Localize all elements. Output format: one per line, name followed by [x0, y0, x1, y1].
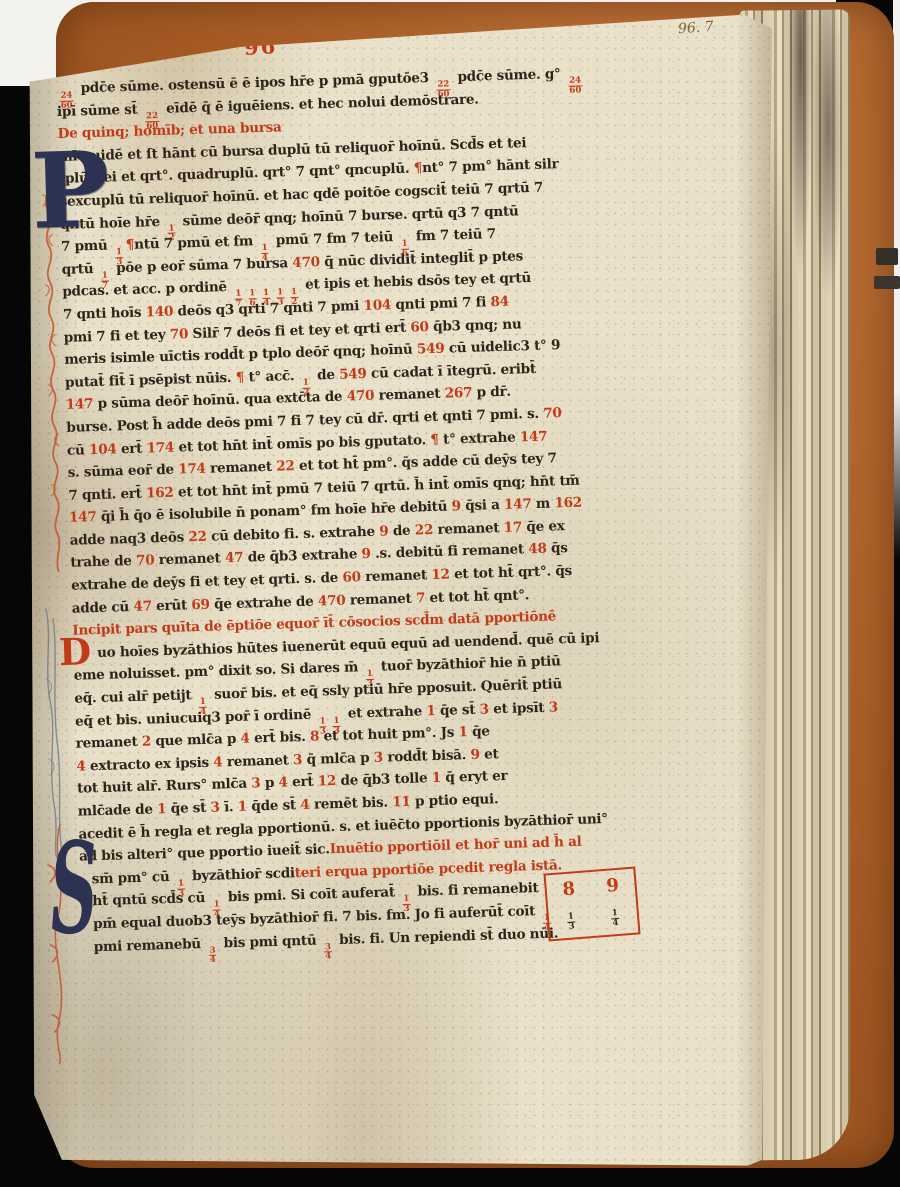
- text-segment: de: [388, 522, 415, 539]
- diagram-number: 9: [606, 877, 620, 896]
- text-segment: nt° 7 pm° hānt silr: [422, 157, 559, 177]
- text-segment: 9: [379, 523, 389, 539]
- fraction: 34: [324, 943, 332, 962]
- book-clasp: [874, 276, 900, 289]
- text-segment: 104: [363, 297, 391, 314]
- text-segment: 9: [451, 498, 461, 514]
- book-clasp: [876, 248, 898, 265]
- text-segment: sm̄ pm° cū: [92, 869, 175, 887]
- text-segment: remanet: [76, 734, 143, 752]
- text-segment: deōs q3 qrti 7 qnti 7 pmi: [173, 298, 364, 320]
- text-segment: 147: [65, 396, 93, 413]
- text-segment: extracto ex ipsis: [85, 754, 213, 774]
- text-segment: 3: [548, 699, 558, 715]
- text-segment: 147: [69, 509, 97, 526]
- text-segment: t° acc̄.: [244, 368, 299, 386]
- text-segment: cū debito fi. s. extrahe: [206, 523, 379, 544]
- text-segment: cū uidelic3 t° 9: [444, 337, 560, 356]
- text-segment: t° extrahe: [438, 429, 520, 447]
- text-segment: pdcas. et acc. p ordinē: [62, 279, 231, 300]
- text-segment: 60: [410, 319, 429, 336]
- text-segment: 3: [210, 799, 220, 815]
- text-segment: 470: [292, 254, 320, 271]
- text-segment: 7 qnti hoīs: [63, 304, 146, 322]
- text-segment: q̄ eryt er: [441, 768, 508, 786]
- text-segment: fm 7 teiū 7: [411, 226, 496, 244]
- text-segment: q̄e: [467, 724, 489, 741]
- text-segment: qrtū: [61, 261, 98, 278]
- text-segment: 47: [225, 550, 244, 567]
- text-segment: tot huit alr̄. Rurs° mlc̄a: [77, 776, 252, 797]
- marginal-diagram-box: 8 9 13 14: [543, 866, 640, 941]
- text-segment: 7: [416, 590, 426, 606]
- text-segment: 470: [346, 388, 374, 405]
- text-segment: q̄e ex: [522, 518, 565, 535]
- text-segment: q̄e st̄: [166, 800, 211, 817]
- text-segment: 3: [374, 749, 384, 765]
- text-segment: bis. fi. Un repiendi st̄ duo nūi.: [334, 925, 558, 948]
- text-segment: 7 qnti. ert̄: [68, 485, 146, 503]
- text-segment: remanet: [154, 551, 225, 569]
- text-segment: 22: [276, 458, 295, 475]
- text-segment: de q̄b3 tolle: [336, 771, 432, 790]
- text-segment: putat̄ fit̄ ī psēpist nūis.: [65, 370, 236, 391]
- text-segment: 48: [528, 541, 547, 558]
- text-segment: trahe de: [70, 553, 136, 571]
- text-segment: eq̄. cui alr̄ petijt: [74, 687, 196, 707]
- text-segment: remanet: [222, 752, 293, 770]
- folio-annotation: 96. 7: [677, 19, 714, 37]
- text-segment: 22: [415, 522, 434, 539]
- text-segment: remanet: [433, 520, 504, 538]
- text-segment: et tot ht̄ qrt°. q̄s: [449, 563, 572, 583]
- text-segment: m: [531, 496, 554, 513]
- text-segment: rodd̄t bisā.: [383, 747, 471, 766]
- text-segment: et ipis et hebis dsōs tey et qrtū: [301, 270, 532, 293]
- illuminated-initial-d: D: [59, 633, 92, 671]
- diagram-number: 8: [562, 880, 576, 899]
- text-segment: pdc̄e sūme. g°: [453, 66, 565, 85]
- fraction: 34: [208, 946, 216, 965]
- text-segment: remanet: [205, 459, 276, 477]
- text-segment: .s. debitū fi remanet: [370, 542, 528, 563]
- text-segment: remēt bis.: [309, 794, 392, 812]
- text-segment: q̄e st̄: [435, 701, 480, 718]
- text-segment: 70: [136, 553, 155, 570]
- text-segment: 140: [145, 304, 173, 321]
- text-segment: pōe p eor̄ sūma 7 bursa: [111, 255, 292, 276]
- text-segment: 3: [293, 752, 303, 768]
- text-segment: q̄ nūc dividit̄ integlit̄ p ptes: [320, 248, 524, 270]
- text-segment: remanet: [361, 567, 432, 585]
- text-segment: 3: [479, 701, 489, 717]
- text-segment: ī.: [219, 799, 238, 816]
- fraction: 2460: [568, 76, 582, 95]
- text-segment: remanet: [345, 590, 416, 608]
- text-segment: 147: [504, 496, 532, 513]
- text-segment: 174: [146, 439, 174, 456]
- manuscript-photo: 96 96. 7 P D S 2460 pdc̄e sūme. ostensū …: [0, 0, 900, 1187]
- text-segment: 17: [503, 519, 522, 536]
- text-segment: 1: [426, 703, 436, 719]
- text-segment: q̄ mlc̄a p: [302, 750, 374, 768]
- text-segment: bis pmi. Si coīt auferat̄: [223, 885, 399, 906]
- text-segment: 4: [300, 797, 310, 813]
- text-segment: 12: [431, 567, 450, 584]
- text-segment: 70: [543, 405, 562, 422]
- text-segment: et: [479, 746, 498, 763]
- text-segment: q̄e extrahe de: [209, 593, 318, 612]
- text-segment: q̄si a: [461, 497, 505, 514]
- text-segment: 104: [89, 441, 117, 458]
- fraction: 13: [567, 912, 576, 931]
- text-segment: 1: [157, 801, 167, 817]
- text-segment: Silr̄ 7 deōs fi et tey et qrti ert̄: [188, 319, 411, 342]
- text-segment: 4: [278, 775, 288, 791]
- text-segment: ht̄ qntū scd̄s cū: [92, 890, 210, 909]
- text-segment: cū cadat ī ītegrū. eribt̄: [366, 361, 536, 382]
- text-segment: de: [312, 366, 339, 383]
- text-segment: pmū 7 fm 7 teiū: [271, 229, 398, 249]
- text-segment: q̄b3 qnq; nu: [428, 316, 521, 335]
- text-segment: ert̄ bis.: [249, 729, 310, 747]
- text-segment: ert̄: [116, 440, 147, 457]
- text-segment: cū: [67, 442, 89, 459]
- text-segment: qnti pmi 7 fi: [391, 294, 491, 313]
- text-segment: et tot huit pm°. Js: [319, 725, 459, 745]
- text-block: P D S 2460 pdc̄e sūme. ostensū ē ē ipos …: [56, 64, 566, 959]
- text-segment: 11: [392, 794, 411, 811]
- text-segment: q̄de st̄: [247, 797, 301, 815]
- text-segment: 549: [417, 341, 445, 358]
- illuminated-initial-s: S: [48, 825, 99, 952]
- text-segment: s. sūma eor̄ de: [67, 462, 178, 481]
- text-segment: 47: [133, 598, 152, 615]
- text-segment: que mlc̄a p: [151, 731, 241, 750]
- text-segment: adde cū: [72, 599, 134, 617]
- text-segment: 470: [318, 592, 346, 609]
- text-segment: 174: [178, 461, 206, 478]
- text-segment: ert̄: [287, 774, 318, 791]
- text-segment: p: [260, 775, 279, 792]
- text-segment: byzāthior̄ scdi: [188, 865, 295, 884]
- text-segment: 4: [240, 731, 250, 747]
- text-segment: ipī sūme st̄: [57, 101, 142, 120]
- text-segment: bis. fi remanebit: [413, 880, 539, 900]
- text-segment: 8: [310, 729, 320, 745]
- text-segment: 69: [191, 596, 210, 613]
- text-segment: 12: [318, 773, 337, 790]
- text-segment: p ptio equi.: [410, 791, 498, 810]
- text-segment: pmi 7 fi et tey: [63, 326, 170, 345]
- text-segment: 70: [170, 326, 189, 343]
- text-segment: q̄s: [546, 541, 567, 558]
- text-segment: et tot ht̄ qnt°.: [425, 587, 529, 606]
- text-segment: p dr̄.: [472, 384, 511, 401]
- text-segment: 267: [445, 385, 473, 402]
- text-segment: pmi remanebū: [94, 936, 206, 955]
- text-segment: ntū 7 pmū et fm: [134, 233, 258, 253]
- text-segment: 549: [339, 366, 367, 383]
- text-segment: 162: [554, 495, 582, 512]
- fraction: 14: [610, 909, 619, 928]
- text-segment: erūt: [152, 597, 192, 614]
- illuminated-initial-p: P: [30, 142, 111, 238]
- text-segment: 22: [188, 529, 207, 546]
- text-segment: 1: [432, 770, 442, 786]
- text-segment: bis pmi qntū: [219, 932, 321, 951]
- text-segment: adde naq3 deōs: [69, 529, 188, 549]
- text-segment: tuor̄ byzāthior̄ hie n̄ ptiū: [376, 654, 561, 675]
- manuscript-page: 96 96. 7 P D S 2460 pdc̄e sūme. ostensū …: [26, 10, 774, 1168]
- text-segment: et ipsīt: [489, 699, 549, 717]
- text-segment: et extrahe: [343, 703, 427, 721]
- text-segment: 162: [146, 484, 174, 501]
- text-segment: 84: [490, 294, 509, 311]
- text-segment: de q̄b3 extrahe: [243, 547, 362, 567]
- text-segment: 147: [520, 428, 548, 445]
- text-segment: remanet: [374, 386, 445, 404]
- text-segment: 60: [342, 569, 361, 586]
